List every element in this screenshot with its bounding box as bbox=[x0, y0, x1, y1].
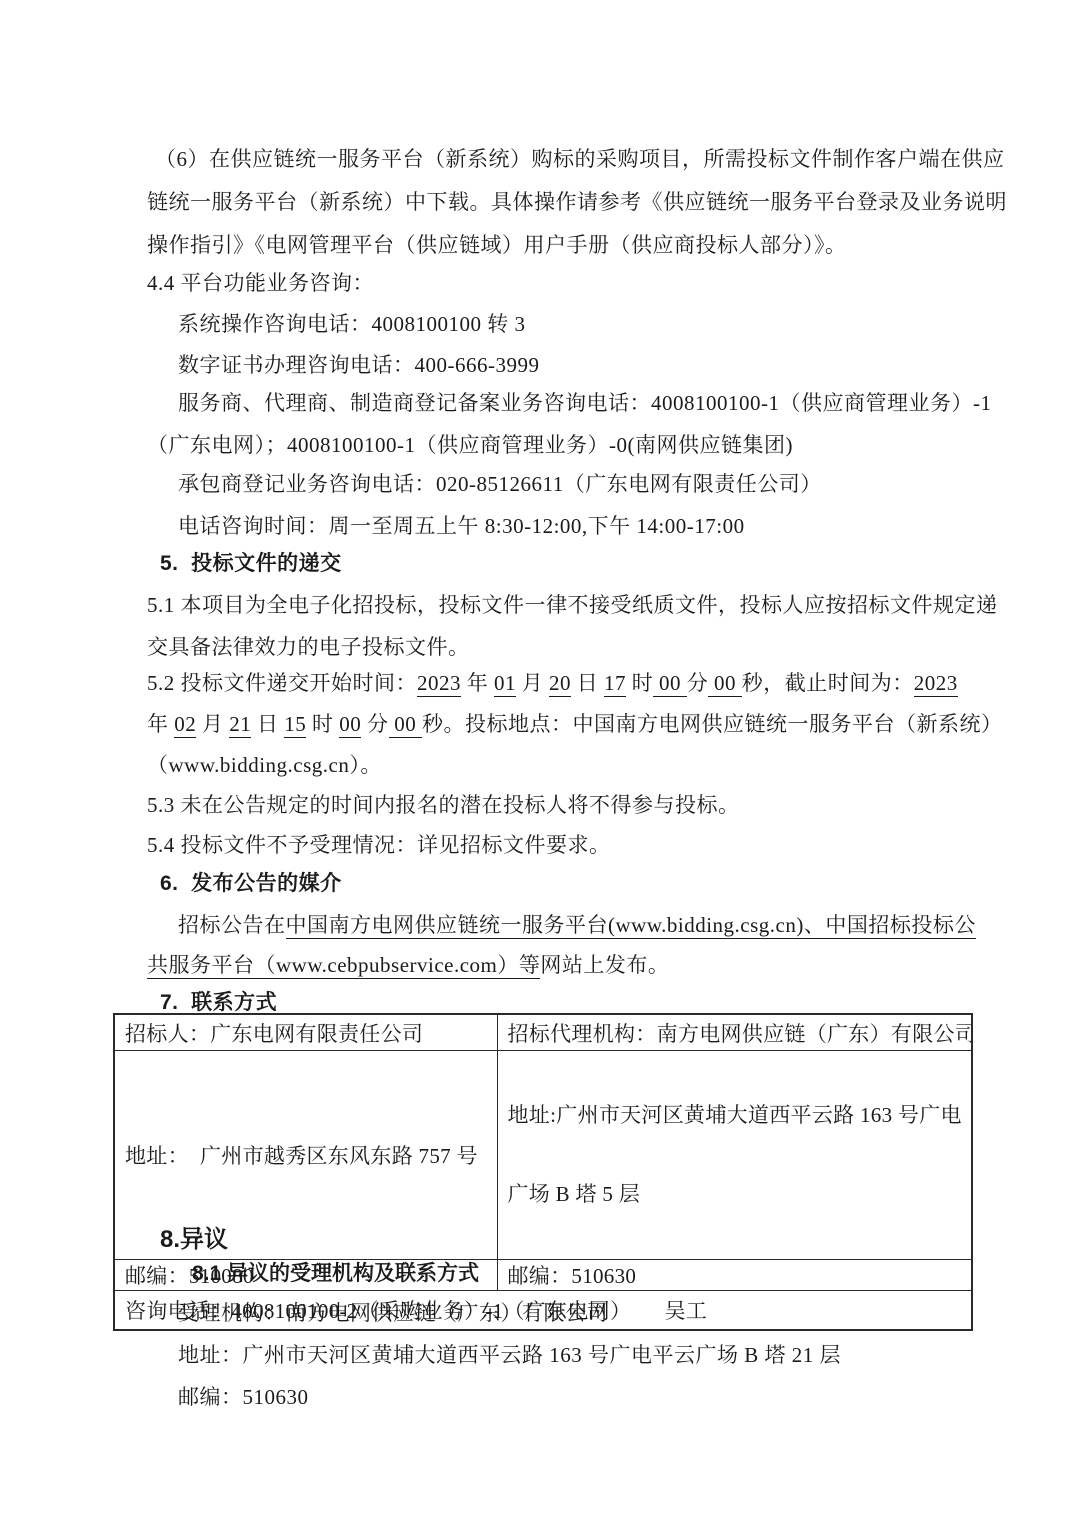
section-8-1-title: 8.1 异议的受理机构及联系方式 bbox=[192, 1258, 479, 1290]
agency-postcode-cell: 邮编：510630 bbox=[497, 1260, 972, 1291]
objection-postcode: 邮编：510630 bbox=[178, 1376, 309, 1419]
text-segment: 网站上发布。 bbox=[540, 953, 669, 977]
text-segment: 分 bbox=[687, 671, 709, 695]
objection-org: 受理机构：南方电网供应链（广东）有限公司 bbox=[178, 1292, 608, 1335]
blank-end-hour: 15 bbox=[284, 712, 306, 738]
text-segment: 年 bbox=[147, 712, 174, 736]
phone-system-operation: 系统操作咨询电话：4008100100 转 3 bbox=[178, 303, 526, 346]
platform-link-text: 共服务平台（www.cebpubservice.com）等 bbox=[147, 953, 540, 979]
text-segment: 日 bbox=[251, 712, 284, 736]
para-6-media-line-1: 招标公告在中国南方电网供应链统一服务平台(www.bidding.csg.cn)… bbox=[178, 904, 976, 947]
para-6-line-3: 操作指引》《电网管理平台（供应链域）用户手册（供应商投标人部分）》。 bbox=[147, 224, 847, 267]
text-segment: 秒，截止时间为： bbox=[742, 671, 914, 695]
para-6-line-2: 链统一服务平台（新系统）中下载。具体操作请参考《供应链统一服务平台登录及业务说明 bbox=[147, 181, 1007, 224]
para-5-3: 5.3 未在公告规定的时间内报名的潜在投标人将不得参与投标。 bbox=[147, 784, 740, 827]
section-6-title: 6. 发布公告的媒介 bbox=[160, 862, 342, 905]
agency-address-line-2: 广场 B 塔 5 层 bbox=[508, 1180, 962, 1209]
blank-end-second: 00 bbox=[389, 712, 423, 738]
text-segment: 5.2 投标文件递交开始时间： bbox=[147, 671, 417, 695]
blank-start-year: 2023 bbox=[417, 671, 461, 697]
blank-start-minute: 00 bbox=[653, 671, 687, 697]
agency-name-cell: 招标代理机构：南方电网供应链（广东）有限公司 bbox=[497, 1014, 972, 1051]
table-row: 地址： 广州市越秀区东风东路 757 号 地址:广州市天河区黄埔大道西平云路 1… bbox=[114, 1051, 972, 1260]
section-4-4-title: 4.4 平台功能业务咨询： bbox=[147, 262, 374, 305]
agency-address-line-1: 地址:广州市天河区黄埔大道西平云路 163 号广电平云 bbox=[508, 1101, 962, 1130]
objection-address: 地址：广州市天河区黄埔大道西平云路 163 号广电平云广场 B 塔 21 层 bbox=[178, 1334, 841, 1377]
blank-start-month: 01 bbox=[494, 671, 516, 697]
document-page: （6）在供应链统一服务平台（新系统）购标的采购项目，所需投标文件制作客户端在供应… bbox=[0, 0, 1080, 1528]
blank-end-year: 2023 bbox=[914, 671, 958, 697]
bidder-name-cell: 招标人：广东电网有限责任公司 bbox=[114, 1014, 497, 1051]
blank-end-minute: 00 bbox=[339, 712, 361, 738]
para-5-2-line-2: 年 02 月 21 日 15 时 00 分 00 秒。投标地点：中国南方电网供应… bbox=[147, 703, 1003, 746]
text-segment: 分 bbox=[361, 712, 388, 736]
para-5-4: 5.4 投标文件不予受理情况：详见招标文件要求。 bbox=[147, 824, 611, 867]
section-8-title: 8.异议 bbox=[160, 1224, 228, 1256]
text-segment: 时 bbox=[306, 712, 339, 736]
blank-start-hour: 17 bbox=[604, 671, 626, 697]
phone-contractor: 承包商登记业务咨询电话：020-85126611（广东电网有限责任公司） bbox=[178, 463, 822, 506]
para-5-2-line-1: 5.2 投标文件递交开始时间：2023 年 01 月 20 日 17 时 00 … bbox=[147, 662, 958, 705]
table-row: 招标人：广东电网有限责任公司 招标代理机构：南方电网供应链（广东）有限公司 bbox=[114, 1014, 972, 1051]
platform-link-text: 中国南方电网供应链统一服务平台(www.bidding.csg.cn)、中国招标… bbox=[286, 913, 976, 939]
text-segment: 时 bbox=[626, 671, 653, 695]
phone-registration-line-1: 服务商、代理商、制造商登记备案业务咨询电话：4008100100-1（供应商管理… bbox=[178, 382, 991, 425]
text-segment: 日 bbox=[571, 671, 604, 695]
blank-start-second: 00 bbox=[708, 671, 742, 697]
text-segment: 秒。投标地点：中国南方电网供应链统一服务平台（新系统） bbox=[422, 712, 1003, 736]
phone-registration-line-2: （广东电网）；4008100100-1（供应商管理业务）-0(南网供应链集团) bbox=[147, 424, 793, 467]
agency-address-cell: 地址:广州市天河区黄埔大道西平云路 163 号广电平云 广场 B 塔 5 层 bbox=[497, 1051, 972, 1260]
blank-end-month: 02 bbox=[174, 712, 196, 738]
text-segment: 月 bbox=[196, 712, 229, 736]
text-segment: 月 bbox=[516, 671, 549, 695]
text-segment: 招标公告在 bbox=[178, 913, 286, 937]
blank-start-day: 20 bbox=[549, 671, 571, 697]
para-5-2-line-3: （www.bidding.csg.cn）。 bbox=[147, 744, 382, 787]
blank-end-day: 21 bbox=[229, 712, 251, 738]
para-5-1-line-1: 5.1 本项目为全电子化招投标，投标文件一律不接受纸质文件，投标人应按招标文件规… bbox=[147, 584, 998, 627]
phone-digital-certificate: 数字证书办理咨询电话：400-666-3999 bbox=[178, 344, 540, 387]
para-6-line-1: （6）在供应链统一服务平台（新系统）购标的采购项目，所需投标文件制作客户端在供应 bbox=[155, 138, 1005, 181]
section-5-title: 5. 投标文件的递交 bbox=[160, 542, 342, 585]
text-segment: 年 bbox=[461, 671, 494, 695]
